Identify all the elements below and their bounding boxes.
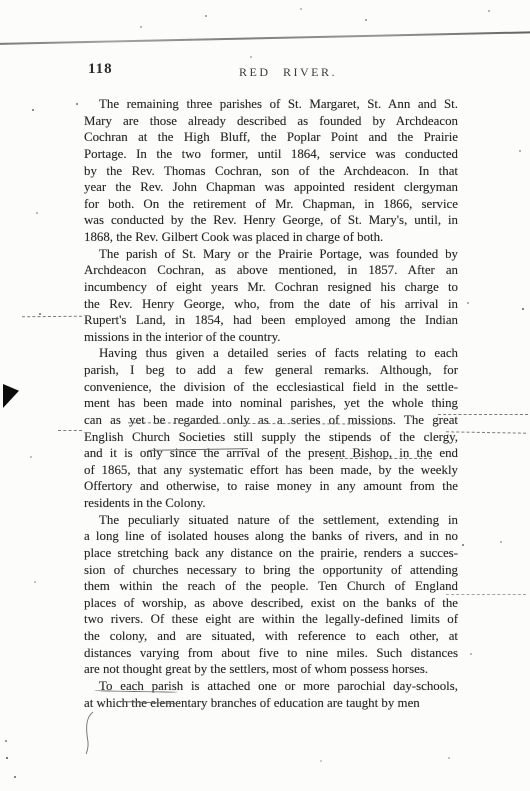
text-line: distances varying from about five to nin… (84, 645, 458, 662)
margin-dash-artifact (22, 316, 82, 318)
text-line: was conducted by the Rev. Henry George, … (84, 212, 458, 229)
page-edge-mark-artifact (3, 384, 19, 408)
text-line: and it is only since the arrival of the … (84, 445, 458, 462)
text-line: at which the elementary branches of educ… (84, 695, 458, 712)
text-line: Cochran at the High Bluff, the Poplar Po… (84, 129, 458, 146)
text-line: The peculiarly situated nature of the se… (84, 512, 458, 529)
text-line: incumbency of eight years Mr. Cochran re… (84, 279, 458, 296)
book-page: 118 RED RIVER. The remaining three paris… (0, 0, 530, 791)
text-line: Portage. In the two former, until 1864, … (84, 146, 458, 163)
text-line: Rupert's Land, in 1854, had been employe… (84, 312, 458, 329)
text-line: are not thought great by the settlers, m… (84, 661, 458, 678)
margin-dash-artifact (446, 594, 526, 595)
page-number: 118 (88, 61, 113, 78)
page-body-text: The remaining three parishes of St. Marg… (84, 96, 458, 711)
running-title: RED RIVER. (239, 65, 337, 80)
text-line: sion of churches necessary to bring the … (84, 562, 458, 579)
text-line: a long line of isolated houses along the… (84, 528, 458, 545)
text-line: them within the reach of the people. Ten… (84, 578, 458, 595)
scan-specks (0, 0, 2, 2)
text-line: The parish of St. Mary or the Prairie Po… (84, 246, 458, 263)
text-line: by the Rev. Thomas Cochran, son of the A… (84, 163, 458, 180)
text-line: Archdeacon Cochran, as above mentioned, … (84, 262, 458, 279)
text-line: The remaining three parishes of St. Marg… (84, 96, 458, 113)
pencil-squiggle-artifact (82, 710, 96, 756)
text-line: Mary are those already described as foun… (84, 113, 458, 130)
text-line: Having thus given a detailed series of f… (84, 345, 458, 362)
text-line: residents in the Colony. (84, 495, 458, 512)
text-line: Offertory and otherwise, to raise money … (84, 478, 458, 495)
margin-dash-artifact (58, 430, 82, 431)
text-line: 1868, the Rev. Gilbert Cook was placed i… (84, 229, 458, 246)
text-line: places of worship, as above described, e… (84, 595, 458, 612)
text-line: English Church Societies still supply th… (84, 429, 458, 446)
text-line: the Rev. Henry George, who, from the dat… (84, 296, 458, 313)
text-line: parish, I beg to add a few general remar… (84, 362, 458, 379)
text-line: missions in the interior of the country. (84, 329, 458, 346)
text-line: place stretching back any distance on th… (84, 545, 458, 562)
scan-line-artifact (0, 31, 530, 44)
text-line: two rivers. Of these eight are within th… (84, 611, 458, 628)
text-line: convenience, the division of the ecclesi… (84, 379, 458, 396)
scan-specks (0, 0, 2, 2)
text-line: of 1865, that any systematic effort has … (84, 462, 458, 479)
text-line: year the Rev. John Chapman was appointed… (84, 179, 458, 196)
text-line: for both. On the retirement of Mr. Chapm… (84, 196, 458, 213)
text-line: To each parish is attached one or more p… (84, 678, 458, 695)
text-line: the colony, and are situated, with refer… (84, 628, 458, 645)
text-line: ment has been made into nominal parishes… (84, 395, 458, 412)
text-line: can as yet be regarded only as a series … (84, 412, 458, 429)
